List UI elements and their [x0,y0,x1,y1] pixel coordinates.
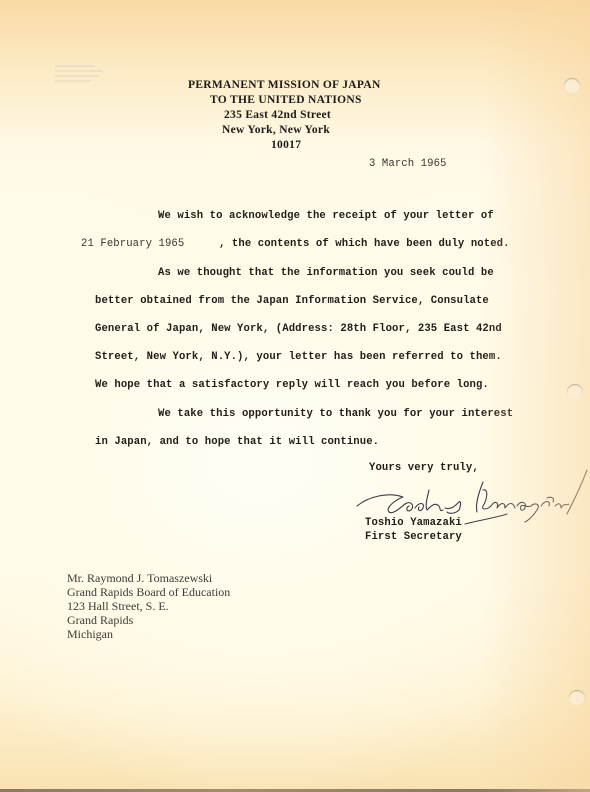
letterhead-subtitle: TO THE UNITED NATIONS [210,93,362,109]
recipient-address: Mr. Raymond J. Tomaszewski Grand Rapids … [67,571,230,641]
letter-page: PERMANENT MISSION OF JAPAN TO THE UNITED… [0,0,590,792]
body-line: in Japan, and to hope that it will conti… [95,436,379,448]
referenced-date: 21 February 1965 [81,238,184,250]
body-line: better obtained from the Japan Informati… [95,295,489,307]
handwritten-signature [355,462,590,542]
body-line: Street, New York, N.Y.), your letter has… [95,351,502,363]
letterhead-zip: 10017 [271,138,301,154]
letterhead-street: 235 East 42nd Street [224,108,331,124]
recipient-city: Grand Rapids [67,613,230,627]
body-line: As we thought that the information you s… [158,267,494,279]
recipient-organization: Grand Rapids Board of Education [67,585,230,599]
punch-hole-middle [567,384,583,399]
punch-hole-bottom [569,690,585,705]
letterhead-city: New York, New York [222,123,330,139]
body-line: We take this opportunity to thank you fo… [158,408,513,420]
letterhead-org: PERMANENT MISSION OF JAPAN [188,78,381,94]
body-line: , the contents of which have been duly n… [219,238,510,250]
letter-date: 3 March 1965 [369,158,447,170]
body-line: General of Japan, New York, (Address: 28… [95,323,502,335]
recipient-name: Mr. Raymond J. Tomaszewski [67,571,230,585]
body-line: We hope that a satisfactory reply will r… [95,379,489,391]
signatory-title: First Secretary [365,531,462,543]
punch-hole-top [564,78,580,93]
body-line: We wish to acknowledge the receipt of yo… [158,210,494,222]
recipient-street: 123 Hall Street, S. E. [67,599,230,613]
recipient-state: Michigan [67,627,230,641]
bleed-through-marks [55,62,105,90]
signatory-name: Toshio Yamazaki [365,517,462,529]
